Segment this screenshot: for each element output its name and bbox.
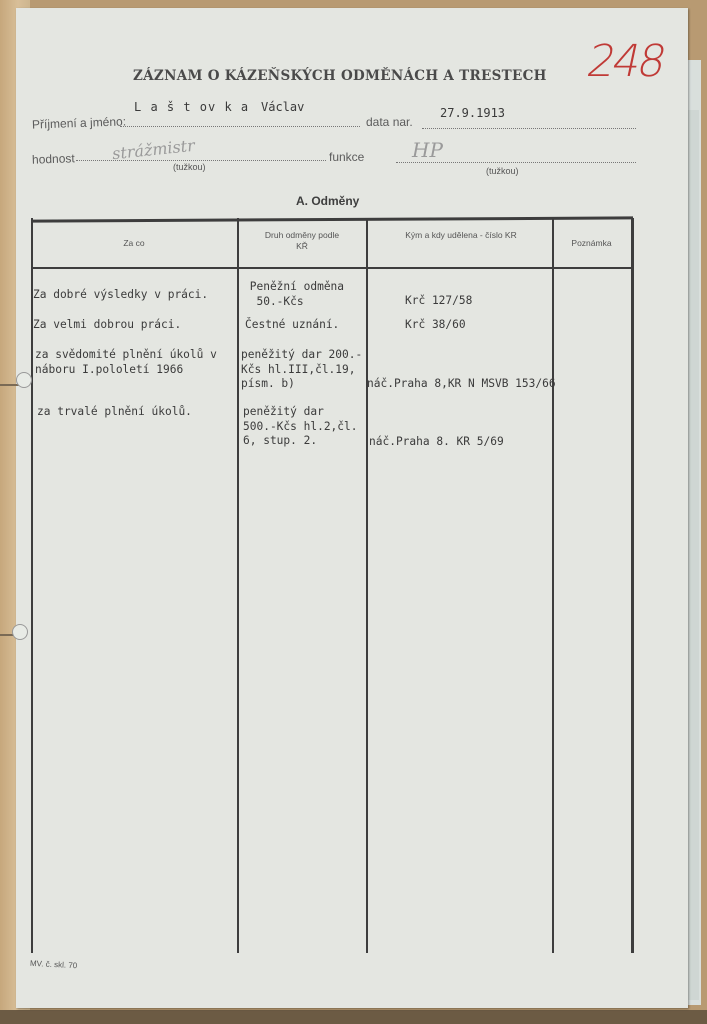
row4-type: peněžitý dar 500.-Kčs hl.2,čl. 6, stup. … — [243, 405, 358, 449]
form-code: MV. č. skl. 70 — [30, 959, 78, 970]
rank-label: hodnost — [32, 151, 75, 166]
column-divider-1 — [237, 218, 239, 953]
table-top-rule — [31, 216, 633, 222]
col-header-by-whom: Kým a kdy udělena - číslo KR — [391, 230, 531, 241]
first-name-value: Václav — [261, 100, 304, 114]
row3-by-whom: náč.Praha 8,KR N MSVB 153/66 — [367, 377, 556, 392]
col-header-type: Druh odměny podle KŘ — [261, 230, 343, 252]
col-header-reason: Za co — [31, 238, 237, 249]
rewards-table: Za co Druh odměny podle KŘ Kým a kdy udě… — [31, 218, 633, 953]
column-divider-right — [631, 218, 634, 953]
birth-date-label: data nar. — [366, 115, 413, 129]
row2-type: Čestné uznání. — [245, 318, 339, 333]
folder-bottom-edge — [0, 1010, 707, 1024]
row3-reason: za svědomité plnění úkolů v náboru I.pol… — [35, 348, 217, 377]
folio-number: 248 — [583, 36, 669, 87]
binding-hole-2 — [12, 624, 28, 640]
name-dotted-line — [120, 126, 360, 127]
column-divider-3 — [552, 218, 554, 953]
section-title: A. Odměny — [296, 194, 359, 208]
header-bottom-rule — [31, 267, 633, 269]
function-dotted-line — [396, 162, 636, 163]
birth-date-value: 27.9.1913 — [440, 106, 505, 120]
row1-type: Peněžní odměna 50.-Kčs — [243, 280, 344, 309]
row2-reason: Za velmi dobrou práci. — [33, 318, 181, 333]
name-label: Příjmení a jméno: — [32, 114, 126, 131]
row1-by-whom: Krč 127/58 — [405, 294, 472, 309]
function-hint: (tužkou) — [486, 166, 519, 176]
function-value: HP — [412, 138, 443, 162]
row4-reason: za trvalé plnění úkolů. — [37, 405, 192, 420]
row4-by-whom: náč.Praha 8. KR 5/69 — [369, 435, 504, 450]
row3-type: peněžitý dar 200.- Kčs hl.III,čl.19, pís… — [241, 348, 362, 392]
birth-date-dotted-line — [422, 128, 636, 129]
row2-by-whom: Krč 38/60 — [405, 318, 466, 333]
surname-value: L a š t ov k a — [134, 100, 249, 114]
column-divider-2 — [366, 218, 368, 953]
document-page: ZÁZNAM O KÁZEŇSKÝCH ODMĚNÁCH A TRESTECH … — [16, 8, 688, 1008]
document-title: ZÁZNAM O KÁZEŇSKÝCH ODMĚNÁCH A TRESTECH — [133, 68, 553, 84]
function-label: funkce — [329, 150, 364, 164]
rank-hint: (tužkou) — [173, 162, 206, 172]
col-header-note: Poznámka — [552, 238, 631, 249]
row1-reason: Za dobré výsledky v práci. — [33, 288, 208, 303]
binding-hole-1 — [16, 372, 32, 388]
